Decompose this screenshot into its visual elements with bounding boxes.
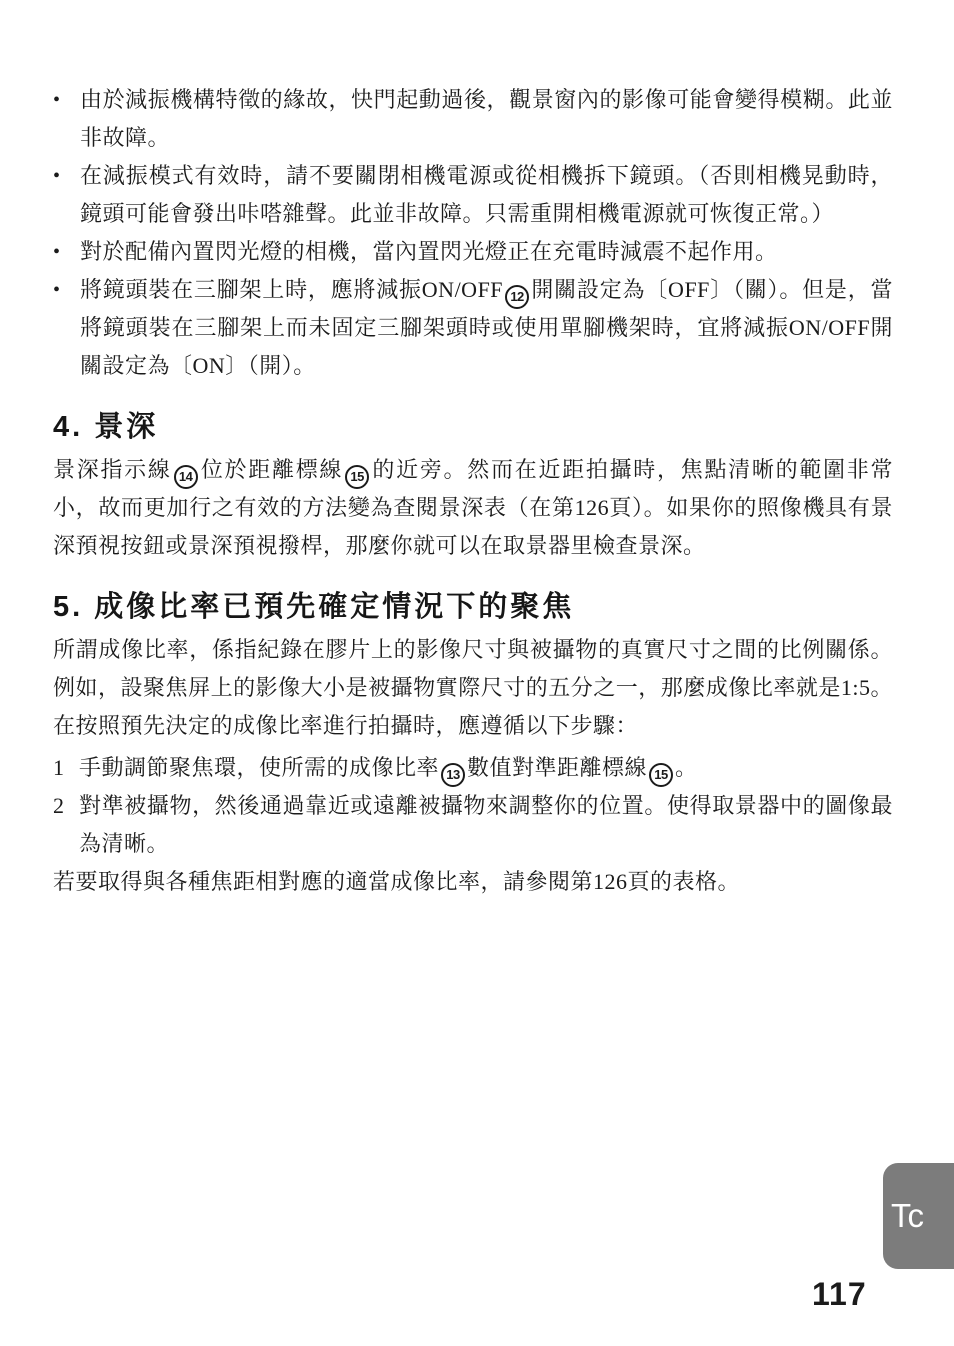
- note-text: 對於配備內置閃光燈的相機，當內置閃光燈正在充電時減震不起作用。: [80, 233, 893, 271]
- bullet-icon: •: [53, 271, 80, 385]
- vr-notes-list: • 由於減振機構特徵的緣故，快門起動過後，觀景窗內的影像可能會變得模糊。此並非故…: [53, 81, 893, 385]
- note-text: 在減振模式有效時，請不要關閉相機電源或從相機拆下鏡頭。（否則相機晃動時，鏡頭可能…: [80, 157, 893, 233]
- note-item-blur: • 由於減振機構特徵的緣故，快門起動過後，觀景窗內的影像可能會變得模糊。此並非故…: [53, 81, 893, 157]
- note-text: 由於減振機構特徵的緣故，快門起動過後，觀景窗內的影像可能會變得模糊。此並非故障。: [80, 81, 893, 157]
- section-5-intro: 所謂成像比率，係指紀錄在膠片上的影像尺寸與被攝物的真實尺寸之間的比例關係。例如，…: [53, 631, 893, 745]
- circled-number-12-icon: 12: [505, 285, 529, 309]
- bullet-icon: •: [53, 81, 80, 157]
- focus-steps-list: 1 手動調節聚焦環，使所需的成像比率13數值對準距離標線15。 2 對準被攝物，…: [53, 749, 893, 863]
- circled-number-15-icon: 15: [649, 763, 673, 787]
- section-5-heading: 5. 成像比率已預先確定情況下的聚焦: [53, 589, 893, 625]
- section-4-body: 景深指示線14位於距離標線15的近旁。然而在近距拍攝時，焦點清晰的範圍非常小，故…: [53, 451, 893, 565]
- note-text: 將鏡頭裝在三腳架上時，應將減振ON/OFF12開關設定為〔OFF〕（關）。但是，…: [80, 271, 893, 385]
- language-tab-tc: Tc: [883, 1163, 954, 1269]
- circled-number-15-icon: 15: [345, 465, 369, 489]
- circled-number-13-icon: 13: [441, 763, 465, 787]
- step-number: 1: [53, 749, 79, 787]
- ratio-table-reference: 若要取得與各種焦距相對應的適當成像比率，請參閱第126頁的表格。: [53, 863, 893, 901]
- note-item-flash: • 對於配備內置閃光燈的相機，當內置閃光燈正在充電時減震不起作用。: [53, 233, 893, 271]
- note-item-power-off: • 在減振模式有效時，請不要關閉相機電源或從相機拆下鏡頭。（否則相機晃動時，鏡頭…: [53, 157, 893, 233]
- step-item-2: 2 對準被攝物，然後通過靠近或遠離被攝物來調整你的位置。使得取景器中的圖像最為清…: [53, 787, 893, 863]
- step-text: 對準被攝物，然後通過靠近或遠離被攝物來調整你的位置。使得取景器中的圖像最為清晰。: [79, 787, 893, 863]
- page-number: 117: [812, 1276, 867, 1313]
- step-number: 2: [53, 787, 79, 863]
- note-item-tripod: • 將鏡頭裝在三腳架上時，應將減振ON/OFF12開關設定為〔OFF〕（關）。但…: [53, 271, 893, 385]
- tab-label: Tc: [883, 1197, 924, 1235]
- step-text: 手動調節聚焦環，使所需的成像比率13數值對準距離標線15。: [79, 749, 893, 787]
- bullet-icon: •: [53, 157, 80, 233]
- circled-number-14-icon: 14: [174, 465, 198, 489]
- bullet-icon: •: [53, 233, 80, 271]
- section-4-heading: 4. 景深: [53, 409, 893, 445]
- step-item-1: 1 手動調節聚焦環，使所需的成像比率13數值對準距離標線15。: [53, 749, 893, 787]
- page-content: • 由於減振機構特徵的緣故，快門起動過後，觀景窗內的影像可能會變得模糊。此並非故…: [53, 81, 893, 901]
